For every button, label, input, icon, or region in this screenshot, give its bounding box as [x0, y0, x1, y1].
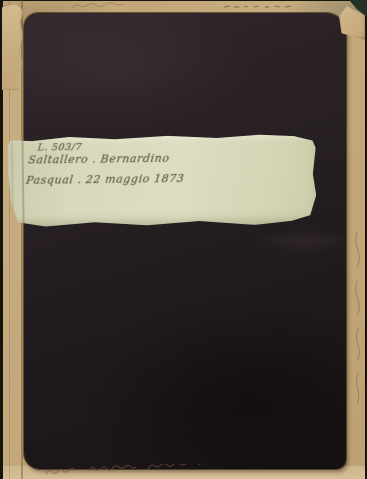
spine-crease: [21, 0, 23, 479]
label-date-line: Pasqual . 22 maggio 1873: [25, 170, 306, 186]
label-fold-crease: [21, 137, 24, 228]
scanned-notebook-cover: L. 503/7 Saltallero . Bernardino Pasqual…: [0, 0, 367, 479]
label-name-line: Saltallero . Bernardino: [28, 150, 309, 166]
illegible-handwriting: [42, 464, 364, 479]
pencil-mark-vertical: [352, 228, 362, 428]
label-handwriting: L. 503/7 Saltallero . Bernardino Pasqual…: [25, 139, 310, 186]
pencil-mark: [222, 1, 300, 12]
pasted-label: L. 503/7 Saltallero . Bernardino Pasqual…: [7, 133, 316, 228]
pencil-mark: [70, 1, 130, 12]
dark-cloth-cover: [24, 13, 346, 469]
